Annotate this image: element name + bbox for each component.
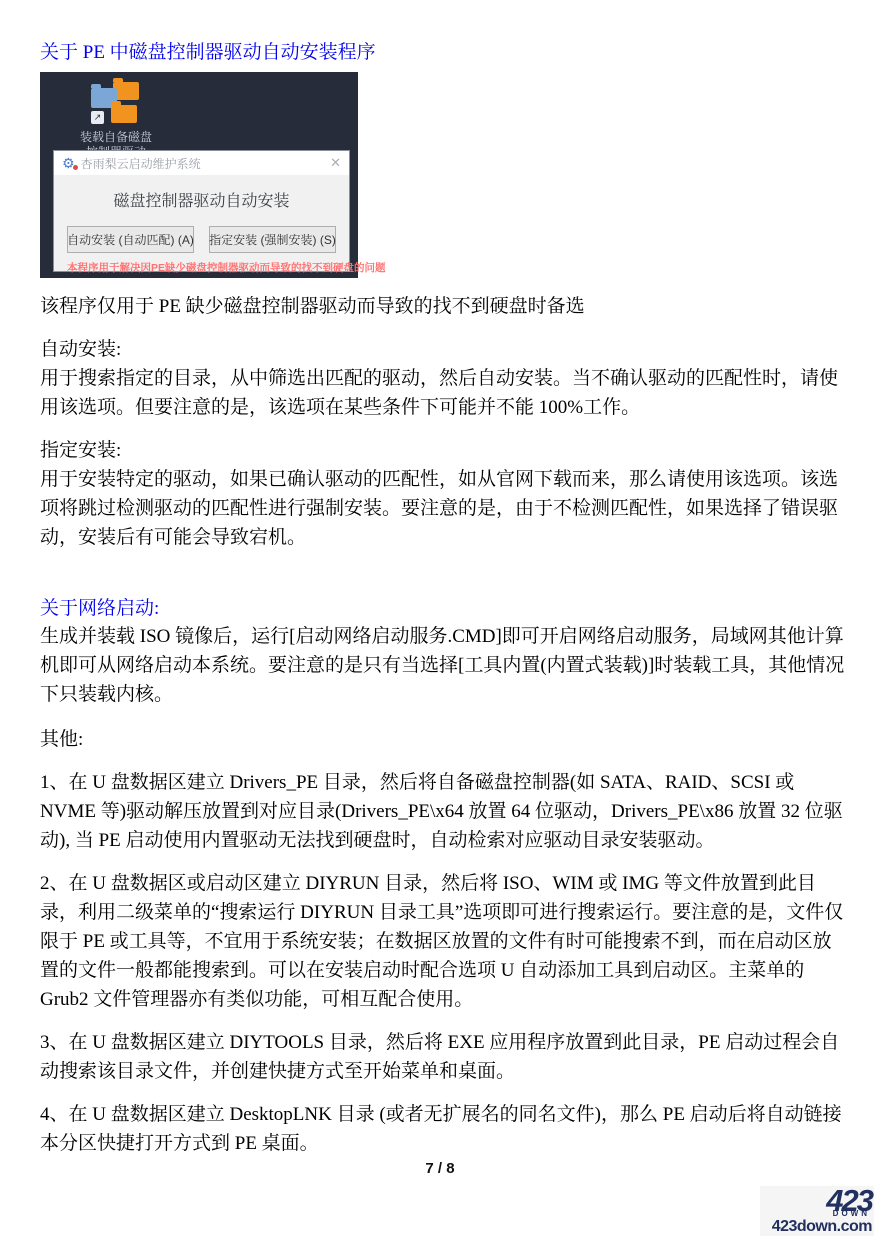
- section3-title: 其他:: [40, 725, 850, 754]
- section3-item-2: 2、在 U 盘数据区或启动区建立 DIYRUN 目录，然后将 ISO、WIM 或…: [40, 869, 850, 1014]
- section2-text: 生成并装载 ISO 镜像后，运行[启动网络启动服务.CMD]即可开启网络启动服务…: [40, 622, 850, 709]
- section3-item-3: 3、在 U 盘数据区建立 DIYTOOLS 目录，然后将 EXE 应用程序放置到…: [40, 1028, 850, 1086]
- embedded-screenshot: ↗ 装载自备磁盘 控制器驱动 ⚙ 杏雨梨云启动维护系统 ✕ 磁盘控制器驱动自动安…: [40, 72, 358, 278]
- desktop-shortcut-label-line1: 装载自备磁盘: [58, 130, 174, 145]
- gear-icon: ⚙: [62, 156, 75, 170]
- auto-install-paragraph: 自动安装:用于搜索指定的目录，从中筛选出匹配的驱动，然后自动安装。当不确认驱动的…: [40, 335, 850, 422]
- specify-install-text: 用于安装特定的驱动，如果已确认驱动的匹配性，如从官网下载而来，那么请使用该选项。…: [40, 469, 838, 548]
- section3-item-1: 1、在 U 盘数据区建立 Drivers_PE 目录，然后将自备磁盘控制器(如 …: [40, 768, 850, 855]
- section2-title: 关于网络启动:: [40, 596, 850, 622]
- dialog-body: 磁盘控制器驱动自动安装 自动安装 (自动匹配) (A) 指定安装 (强制安装) …: [54, 188, 349, 275]
- dialog-warning-text: 本程序用于解决因PE缺少磁盘控制器驱动而导致的找不到硬盘的问题: [54, 262, 349, 275]
- shortcut-arrow-icon: ↗: [91, 111, 104, 124]
- dialog-titlebar: ⚙ 杏雨梨云启动维护系统 ✕: [54, 151, 349, 175]
- section1-title: 关于 PE 中磁盘控制器驱动自动安装程序: [40, 40, 850, 66]
- folders-icon: ↗: [91, 78, 141, 126]
- auto-install-label: 自动安装:: [40, 335, 850, 364]
- site-watermark-logo: 423 DOWN 423down.com: [760, 1186, 874, 1236]
- specify-install-paragraph: 指定安装:用于安装特定的驱动，如果已确认驱动的匹配性，如从官网下载而来，那么请使…: [40, 436, 850, 552]
- specify-install-label: 指定安装:: [40, 436, 850, 465]
- folder-front-icon: [111, 105, 137, 123]
- specify-install-button: 指定安装 (强制安装) (S): [209, 226, 336, 253]
- dialog-window: ⚙ 杏雨梨云启动维护系统 ✕ 磁盘控制器驱动自动安装 自动安装 (自动匹配) (…: [53, 150, 350, 272]
- section3-item-4: 4、在 U 盘数据区建立 DesktopLNK 目录 (或者无扩展名的同名文件)…: [40, 1100, 850, 1158]
- document-page: 关于 PE 中磁盘控制器驱动自动安装程序 ↗ 装载自备磁盘 控制器驱动 ⚙ 杏雨…: [0, 0, 880, 1244]
- close-icon: ✕: [330, 155, 341, 171]
- desktop-shortcut: ↗ 装载自备磁盘 控制器驱动: [58, 78, 174, 160]
- logo-domain-text: 423down.com: [762, 1218, 872, 1236]
- section1-note: 该程序仅用于 PE 缺少磁盘控制器驱动而导致的找不到硬盘时备选: [40, 292, 850, 321]
- auto-install-button: 自动安装 (自动匹配) (A): [67, 226, 194, 253]
- dialog-heading: 磁盘控制器驱动自动安装: [54, 188, 349, 211]
- page-number: 7 / 8: [0, 1160, 880, 1177]
- dialog-button-row: 自动安装 (自动匹配) (A) 指定安装 (强制安装) (S): [54, 226, 349, 253]
- dialog-title: 杏雨梨云启动维护系统: [81, 155, 331, 172]
- auto-install-text: 用于搜索指定的目录，从中筛选出匹配的驱动，然后自动安装。当不确认驱动的匹配性时，…: [40, 368, 838, 418]
- logo-down-text: DOWN: [762, 1210, 870, 1218]
- page-content: 关于 PE 中磁盘控制器驱动自动安装程序 ↗ 装载自备磁盘 控制器驱动 ⚙ 杏雨…: [0, 0, 880, 1158]
